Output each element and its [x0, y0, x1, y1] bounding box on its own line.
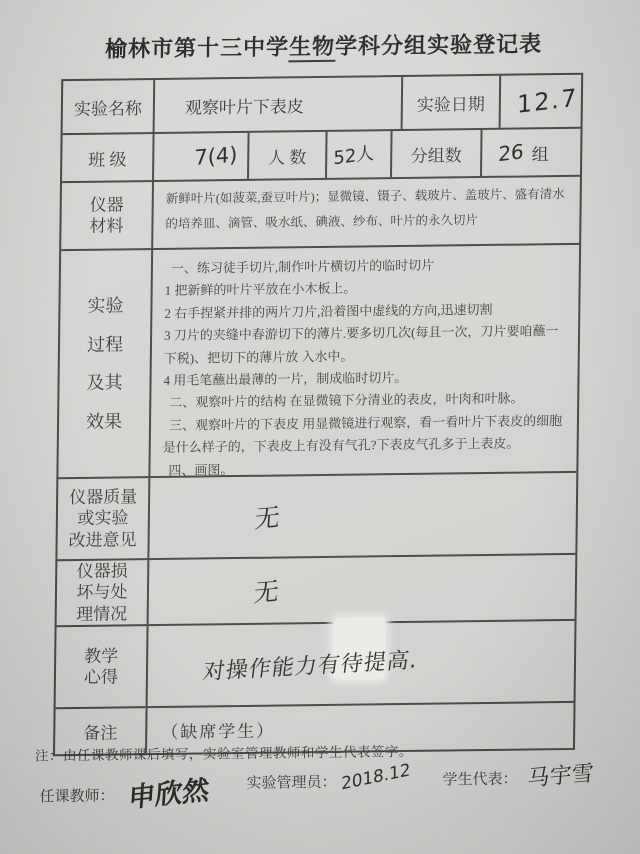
damage-label-line1: 仪器损: [77, 560, 128, 582]
student-signature-group: 学生代表： 马宇雪: [442, 759, 593, 796]
reflection-label-line1: 教学: [84, 645, 118, 667]
equipment-label-line1: 仪器: [90, 194, 124, 216]
students-value: 52人: [327, 131, 393, 178]
signature-row: 任课教师： 申欣然 实验管理员： 2018.12 学生代表： 马宇雪: [0, 758, 635, 826]
teacher-label: 任课教师：: [39, 785, 114, 813]
process-label-line1: 实验: [87, 294, 123, 317]
quality-label-line3: 改进意见: [68, 529, 136, 551]
quality-value: 无: [149, 473, 576, 558]
manager-signature-handwriting: 2018.12: [341, 760, 410, 795]
students-handwriting: 52人: [333, 139, 374, 171]
teacher-signature-group: 任课教师： 申欣然: [39, 771, 209, 812]
equipment-label-line2: 材料: [89, 215, 123, 237]
class-value: 7(4): [154, 133, 250, 180]
process-label-line2: 过程: [87, 333, 123, 356]
equipment-label-stack: 仪器材料: [89, 194, 124, 237]
row-equipment: 仪器材料 新鲜叶片(如菠菜,蚕豆叶片)；显微镜、镊子、载玻片、盖玻片、盛有清水的…: [61, 177, 580, 251]
groups-value: 26组: [482, 129, 581, 176]
quality-handwriting: 无: [253, 497, 281, 535]
registration-table: 实验名称 观察叶片下表皮 实验日期 12.7 班 级 7(4) 人 数 52人 …: [53, 73, 583, 757]
photographed-form: 榆林市第十三中学生物学科分组实验登记表 实验名称 观察叶片下表皮 实验日期 12…: [0, 0, 640, 854]
experiment-date-value: 12.7: [501, 75, 582, 128]
reflection-label-stack: 教学 心得: [84, 645, 119, 688]
experiment-name-label: 实验名称: [63, 80, 156, 133]
manager-label: 实验管理员：: [246, 771, 336, 799]
process-label-line4: 效果: [86, 410, 122, 433]
reflection-label: 教学 心得: [56, 626, 149, 707]
quality-label: 仪器质量 或实验 改进意见: [57, 478, 150, 559]
process-label-stack: 实验 过程 及其 效果: [86, 294, 124, 432]
row-experiment-name: 实验名称 观察叶片下表皮 实验日期 12.7: [63, 75, 582, 135]
groups-label: 分组数: [392, 130, 483, 177]
process-value: 一、练习徒手切片,制作叶片横切片的临时切片 1 把新鲜的叶片平放在小木板上。 2…: [150, 245, 579, 476]
experiment-name-value: 观察叶片下表皮: [155, 77, 404, 132]
damage-label: 仪器损 坏与处 理情况: [57, 560, 150, 625]
equipment-value: 新鲜叶片(如菠菜,蚕豆叶片)；显微镜、镊子、载玻片、盖玻片、盛有清水的培养皿、滴…: [153, 177, 580, 248]
row-quality-feedback: 仪器质量 或实验 改进意见 无: [57, 473, 576, 561]
teacher-signature-handwriting: 申欣然: [127, 768, 210, 815]
experiment-date-label: 实验日期: [403, 76, 502, 129]
manager-signature-group: 实验管理员： 2018.12: [246, 767, 411, 799]
process-step-4: 3 刀片的夹缝中春游切下的薄片.要多切几次(每且一次，刀片要咱蘸一下税)、把切下…: [164, 320, 569, 370]
form-title-suffix: 学科分组实验登记表: [335, 31, 542, 59]
class-handwriting: 7(4): [194, 142, 237, 170]
form-title: 榆林市第十三中学生物学科分组实验登记表: [3, 26, 640, 65]
damage-handwriting: 无: [252, 571, 280, 609]
form-title-underlined-subject: 生物: [289, 34, 335, 63]
row-process: 实验 过程 及其 效果 一、练习徒手切片,制作叶片横切片的临时切片 1 把新鲜的…: [58, 245, 579, 479]
quality-label-line1: 仪器质量: [69, 486, 137, 508]
damage-label-line3: 理情况: [76, 603, 127, 625]
students-label: 人 数: [249, 132, 328, 179]
row-damage: 仪器损 坏与处 理情况 无: [57, 555, 576, 627]
damage-label-line2: 坏与处: [76, 582, 127, 604]
quality-label-line2: 或实验: [69, 508, 137, 530]
reflection-value: 对操作能力有待提高.: [148, 621, 575, 706]
damage-value: 无: [149, 555, 576, 624]
process-label-line3: 及其: [86, 371, 122, 394]
reflection-handwriting: 对操作能力有待提高.: [201, 643, 420, 686]
reflection-label-line2: 心得: [84, 666, 118, 688]
equipment-label: 仪器材料: [61, 182, 154, 249]
class-label: 班 级: [62, 134, 155, 181]
process-label: 实验 过程 及其 效果: [58, 250, 153, 477]
student-signature-handwriting: 马宇雪: [527, 756, 595, 793]
process-step-7: 三、观察叶片的下表皮 用显微镜进行观察，看一看叶片下表皮的细胞是什么样子的，下表…: [163, 410, 568, 460]
experiment-name-text: 观察叶片下表皮: [185, 92, 304, 118]
groups-handwriting: 26: [498, 139, 524, 166]
groups-unit: 组: [532, 140, 549, 165]
student-label: 学生代表：: [442, 768, 517, 796]
form-sheet: 榆林市第十三中学生物学科分组实验登记表 实验名称 观察叶片下表皮 实验日期 12…: [0, 0, 640, 854]
row-teaching-reflection: 教学 心得 对操作能力有待提高.: [56, 621, 575, 709]
damage-label-stack: 仪器损 坏与处 理情况: [76, 560, 128, 624]
experiment-date-handwriting: 12.7: [517, 84, 579, 119]
quality-label-stack: 仪器质量 或实验 改进意见: [68, 486, 137, 551]
form-title-prefix: 榆林市第十三中学: [105, 34, 289, 61]
row-class-info: 班 级 7(4) 人 数 52人 分组数 26组: [62, 129, 581, 183]
